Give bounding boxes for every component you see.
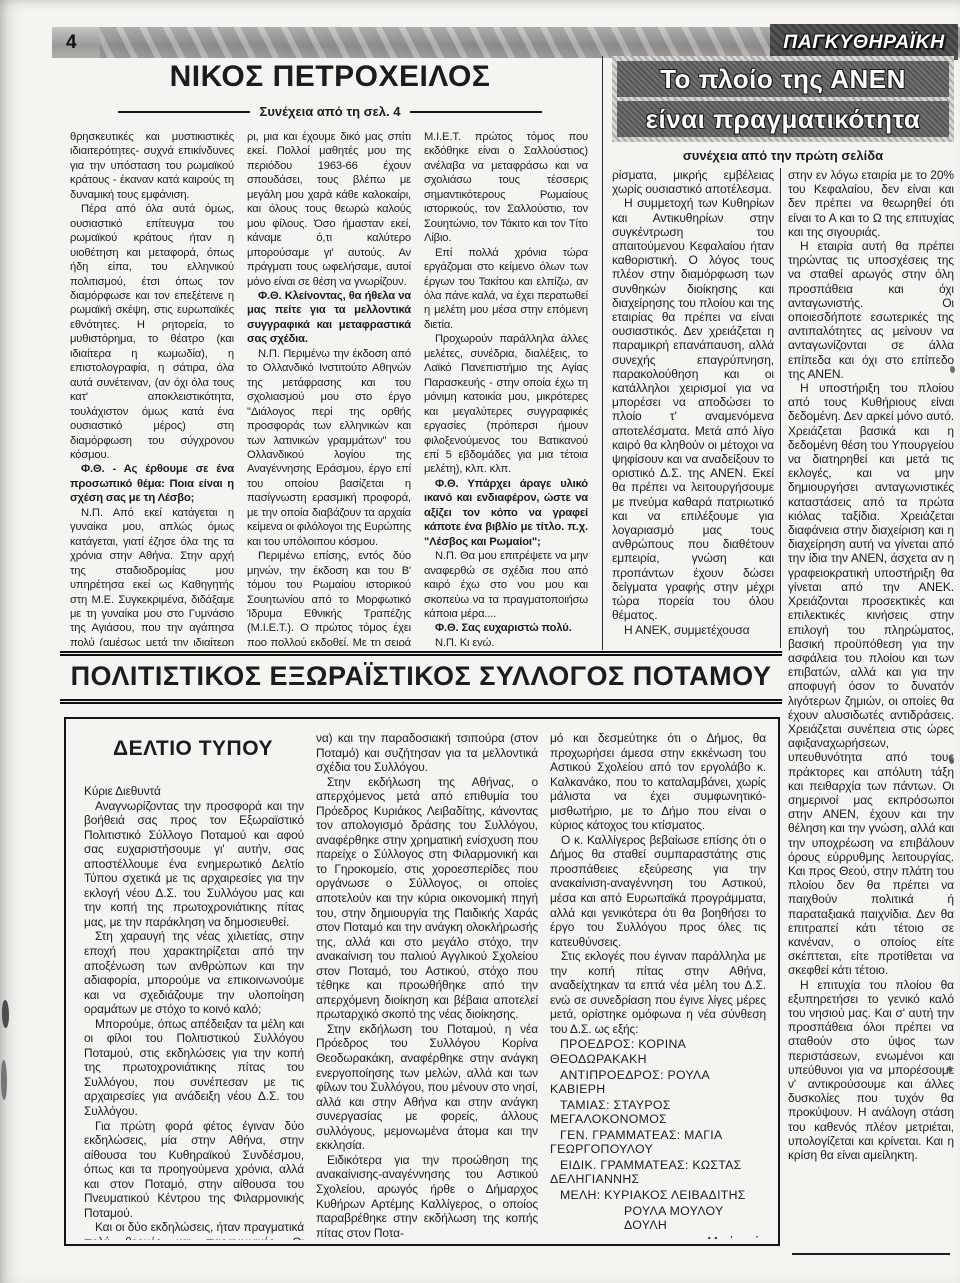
paragraph: ΑΝΤΙΠΡΟΕΔΡΟΣ: ΡΟΥΛΑ ΚΑΒΙΕΡΗ [550,1068,766,1097]
bulletin-title: ΠΟΛΙΤΙΣΤΙΚΟΣ ΕΞΩΡΑΪΣΤΙΚΟΣ ΣΥΛΛΟΓΟΣ ΠΟΤΑΜ… [60,661,782,692]
paragraph: Περιμένω επίσης, εντός δύο μηνών, την έκ… [247,549,411,646]
scan-smudge [1,1060,7,1100]
paragraph: στην εν λόγω εταιρία με το 20% του Κεφαλ… [788,168,954,239]
paragraph: ΤΑΜΙΑΣ: ΣΤΑΥΡΟΣ ΜΕΓΑΛΟΚΟΝΟΜΟΣ [550,1098,766,1127]
scan-speck [948,1066,952,1072]
paragraph: Ο κ. Καλλίγερος βεβαίωσε επίσης ότι ο Δή… [550,833,766,949]
bulletin-column-3: μό και δεσμεύτηκε ότι ο Δήμος, θα προχωρ… [550,731,766,1239]
scan-speck [949,756,954,764]
paragraph: ΡΟΥΛΑ ΜΟΥΛΟΥ ΔΟΥΛΗ [550,1204,766,1233]
bulletin-subtitle: ΔΕΛΤΙΟ ΤΥΠΟΥ [82,737,304,761]
paragraph: Στην εκδήλωση της Αθήνας, ο απερχόμενος … [316,775,538,1022]
paragraph: Ν.Π. Θα μου επιτρέψετε να μην αναφερθώ σ… [424,549,588,621]
paragraph: Μπορούμε, όπως απέδειξαν τα μέλη και οι … [84,1017,304,1119]
paragraph: ΜΕΛΗ: ΚΥΡΙΑΚΟΣ ΛΕΙΒΑΔΙΤΗΣ [550,1188,766,1203]
paragraph: Η εταιρία αυτή θα πρέπει τηρώντας τις υπ… [788,239,954,381]
paragraph: Φ.Θ. Κλείνοντας, θα ήθελα να μας πείτε γ… [247,289,411,347]
interview-column-2: ρι, μια και έχουμε δικό μας σπίτι εκεί. … [247,130,411,646]
anen-continuation-note: συνέχεια από την πρώτη σελίδα [612,148,954,163]
paragraph: Φ.Θ. Υπάρχει άραγε υλικό ικανό και ενδια… [424,477,588,549]
anen-title-line2: είναι πραγματικότητα [617,101,949,137]
paragraph: Φ.Θ. Σας ευχαριστώ πολύ. [424,621,588,635]
scan-speck [950,366,955,373]
paragraph: Μετά τιμής [550,1235,766,1239]
paragraph: μό και δεσμεύτηκε ότι ο Δήμος, θα προχωρ… [550,731,766,833]
paragraph: Και οι δύο εκδηλώσεις, ήταν πραγματικά π… [84,1220,304,1240]
anen-column-1: ρίσματα, μικρής εμβέλειας χωρίς ουσιαστι… [612,168,774,650]
anen-column-2: στην εν λόγω εταιρία με το 20% του Κεφαλ… [788,168,954,1244]
rule-left [118,111,250,113]
anen-title-box: Το πλοίο της ΑΝΕΝ είναι πραγματικότητα [612,56,954,142]
interview-column-1: θρησκευτικές και μυστικιστικές ιδιαιτερό… [70,130,234,646]
column-divider-anen [780,168,781,648]
paragraph: ΓΕΝ. ΓΡΑΜΜΑΤΕΑΣ: ΜΑΓΙΑ ΓΕΩΡΓΟΠΟΥΛΟΥ [550,1128,766,1157]
paragraph: ΠΡΟΕΔΡΟΣ: ΚΟΡΙΝΑ ΘΕΟΔΩΡΑΚΑΚΗ [550,1037,766,1066]
anen-end-rule [792,1253,950,1255]
column-divider-main [602,56,603,650]
rule-right [410,111,542,113]
paragraph: ΕΙΔΙΚ. ΓΡΑΜΜΑΤΕΑΣ: ΚΩΣΤΑΣ ΔΕΛΗΓΙΑΝΝΗΣ [550,1158,766,1187]
paragraph: Κύριε Διεθυντά [84,784,304,799]
paragraph: να) και την παραδοσιακή τσιπούρα (στον Π… [316,731,538,775]
scan-smudge [2,1000,9,1028]
paragraph: Αναγνωρίζοντας την προσφορά και την βοήθ… [84,799,304,930]
paragraph: Επί πολλά χρόνια τώρα εργάζομαι στο κείμ… [424,246,588,333]
paragraph: ρίσματα, μικρής εμβέλειας χωρίς ουσιαστι… [612,168,774,196]
bulletin-column-1: Κύριε ΔιεθυντάΑναγνωρίζοντας την προσφορ… [84,784,304,1240]
interview-continuation-note: Συνέχεια από τη σελ. 4 [118,104,542,119]
paragraph: Η ΑΝΕΚ, συμμετέχουσα [612,623,774,637]
interview-title: ΝΙΚΟΣ ΠΕΤΡΟΧΕΙΛΟΣ [60,60,600,94]
paragraph: Ν.Π. Από εκεί κατάγεται η γυναίκα μου, α… [70,506,234,646]
paragraph: Στις εκλογές που έγιναν παράλληλα με την… [550,949,766,1036]
interview-column-3: Μ.Ι.Ε.Τ. πρώτος τόμος που εκδόθηκε είναι… [424,130,588,646]
bulletin-column-2: να) και την παραδοσιακή τσιπούρα (στον Π… [316,731,538,1239]
anen-title-line1: Το πλοίο της ΑΝΕΝ [617,61,949,97]
paragraph: Για πρώτη φορά φέτος έγιναν δύο εκδηλώσε… [84,1119,304,1221]
paragraph: Η συμμετοχή των Κυθηρίων και Αντικυθηρίω… [612,196,774,622]
paragraph: Ειδικότερα για την προώθηση της ανακαίνι… [316,1153,538,1239]
paragraph: θρησκευτικές και μυστικιστικές ιδιαιτερό… [70,130,234,202]
paragraph: Φ.Θ. - Ας έρθουμε σε ένα προσωπικό θέμα:… [70,462,234,505]
masthead-logo: ΠΑΓΚΥΘΗΡΑΪΚΗ [770,24,958,60]
paragraph: Η υποστήριξη του πλοίου από τους Κυθήριο… [788,381,954,978]
bulletin-headline-band: ΠΟΛΙΤΙΣΤΙΚΟΣ ΕΞΩΡΑΪΣΤΙΚΟΣ ΣΥΛΛΟΓΟΣ ΠΟΤΑΜ… [60,651,782,704]
paragraph: Στην εκδήλωση του Ποταμού, η νέα Πρόεδρο… [316,1022,538,1153]
page-header-bar: 4 ΠΑΓΚΥΘΗΡΑΪΚΗ [52,27,960,58]
paragraph: Η επιτυχία του πλοίου θα εξυπηρετήσει το… [788,978,954,1163]
page-number: 4 [66,32,77,54]
interview-continuation-label: Συνέχεια από τη σελ. 4 [260,104,401,119]
paragraph: Πέρα από όλα αυτά όμως, ουσιαστικό επίτε… [70,202,234,462]
paragraph: ρι, μια και έχουμε δικό μας σπίτι εκεί. … [247,130,411,289]
newspaper-page: 4 ΠΑΓΚΥΘΗΡΑΪΚΗ ΝΙΚΟΣ ΠΕΤΡΟΧΕΙΛΟΣ Συνέχει… [0,0,960,1283]
paragraph: Στη χαραυγή της νέας χιλιετίας, στην επο… [84,929,304,1016]
paragraph: Ν.Π. Κι εγώ. [424,636,588,646]
paragraph: Προχωρούν παράλληλα άλλες μελέτες, συνέδ… [424,332,588,477]
paragraph: Ν.Π. Περιμένω την έκδοση από το Ολλανδικ… [247,347,411,549]
paragraph: Μ.Ι.Ε.Τ. πρώτος τόμος που εκδόθηκε είναι… [424,130,588,246]
